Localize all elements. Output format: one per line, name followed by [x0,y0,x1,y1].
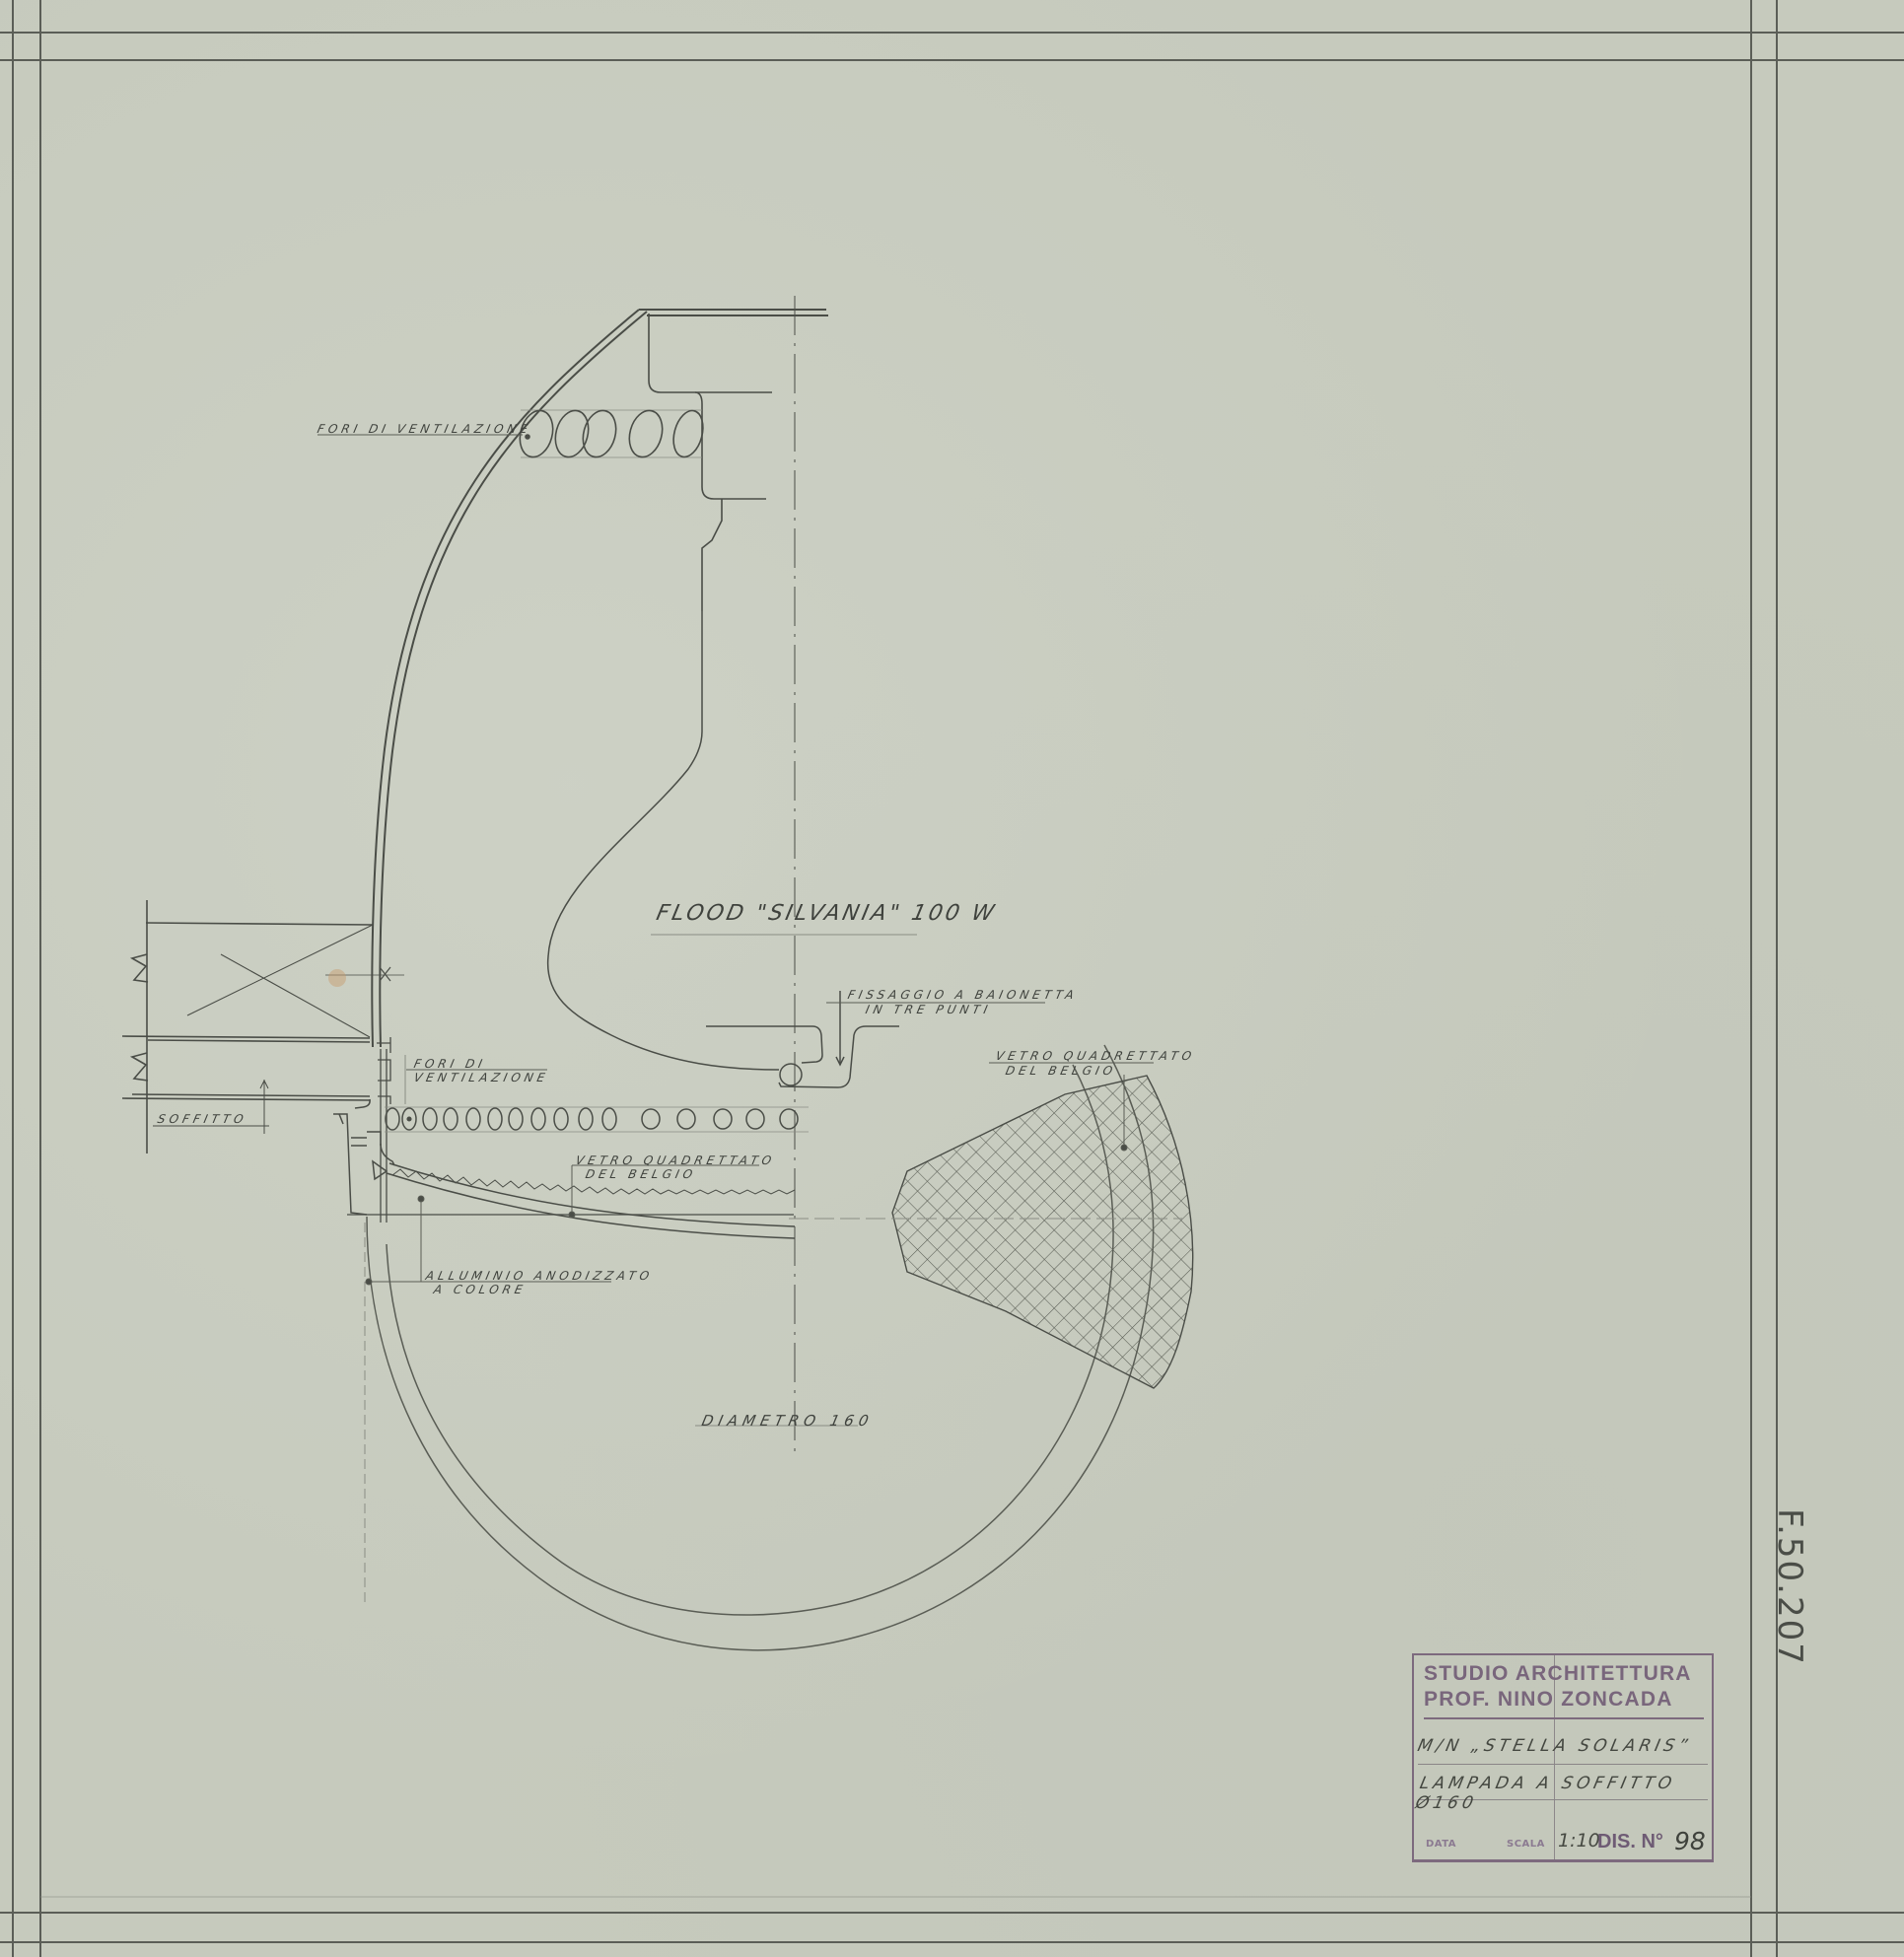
title-block: STUDIO ARCHITETTURA PROF. NINO ZONCADA M… [1412,1653,1714,1862]
label-bulb: FLOOD "SILVANIA" 100 W [654,901,999,926]
lower-bezel [333,1114,795,1238]
scale-value: 1:10 [1558,1830,1600,1852]
studio-line-1: STUDIO ARCHITETTURA [1424,1661,1692,1687]
label-vent-holes-side-line2: VENTILAZIONE [413,1071,550,1084]
label-glass-bottom-line1: VETRO QUADRETTATO [575,1153,777,1167]
label-glass-right-line1: VETRO QUADRETTATO [995,1049,1197,1063]
socket-profile [649,314,772,611]
hatched-glass-sector [892,1076,1193,1388]
label-vent-holes-side-line1: FORI DI [413,1057,488,1071]
studio-line-2: PROF. NINO ZONCADA [1424,1687,1692,1712]
label-diameter: DIAMETRO 160 [700,1412,875,1430]
description-row: LAMPADA A SOFFITTO Ø160 [1418,1774,1708,1800]
label-aluminium-line2: A COLORE [433,1283,529,1296]
margin-archive-note: F.50.207 [1770,1508,1809,1666]
label-aluminium-line1: ALLUMINIO ANODIZZATO [425,1269,655,1283]
label-glass-bottom-line2: DEL BELGIO [585,1167,698,1181]
bulb-outline [548,611,779,1070]
leader-lines [317,435,1183,1607]
label-bayonet-line2: IN TRE PUNTI [865,1003,993,1016]
studio-name: STUDIO ARCHITETTURA PROF. NINO ZONCADA [1424,1661,1692,1712]
scale-label: SCALA [1507,1839,1545,1850]
drawing-number: 98 [1674,1827,1706,1855]
bottom-vent-holes [385,1107,809,1132]
project-name: M/N „STELLA SOLARIS” [1416,1736,1693,1756]
label-ceiling: SOFFITTO [157,1112,248,1126]
drawing-sheet: FORI DI VENTILAZIONE FLOOD "SILVANIA" 10… [0,0,1904,1957]
project-row: M/N „STELLA SOLARIS” [1418,1736,1708,1765]
label-vent-holes-top: FORI DI VENTILAZIONE [317,422,533,436]
drawing-description: LAMPADA A SOFFITTO Ø160 [1414,1774,1713,1813]
outer-shell [372,310,828,1047]
drawing-number-label: DIS. N° [1597,1831,1663,1853]
top-vent-holes [515,407,707,461]
date-label: DATA [1426,1839,1456,1850]
title-block-rule [1424,1717,1704,1719]
label-glass-right-line2: DEL BELGIO [1005,1064,1118,1078]
label-bayonet-line1: FISSAGGIO A BAIONETTA [847,988,1080,1002]
title-block-footer: DATA SCALA 1:10 DIS. N° 98 [1422,1822,1706,1853]
side-brackets [377,1037,390,1223]
